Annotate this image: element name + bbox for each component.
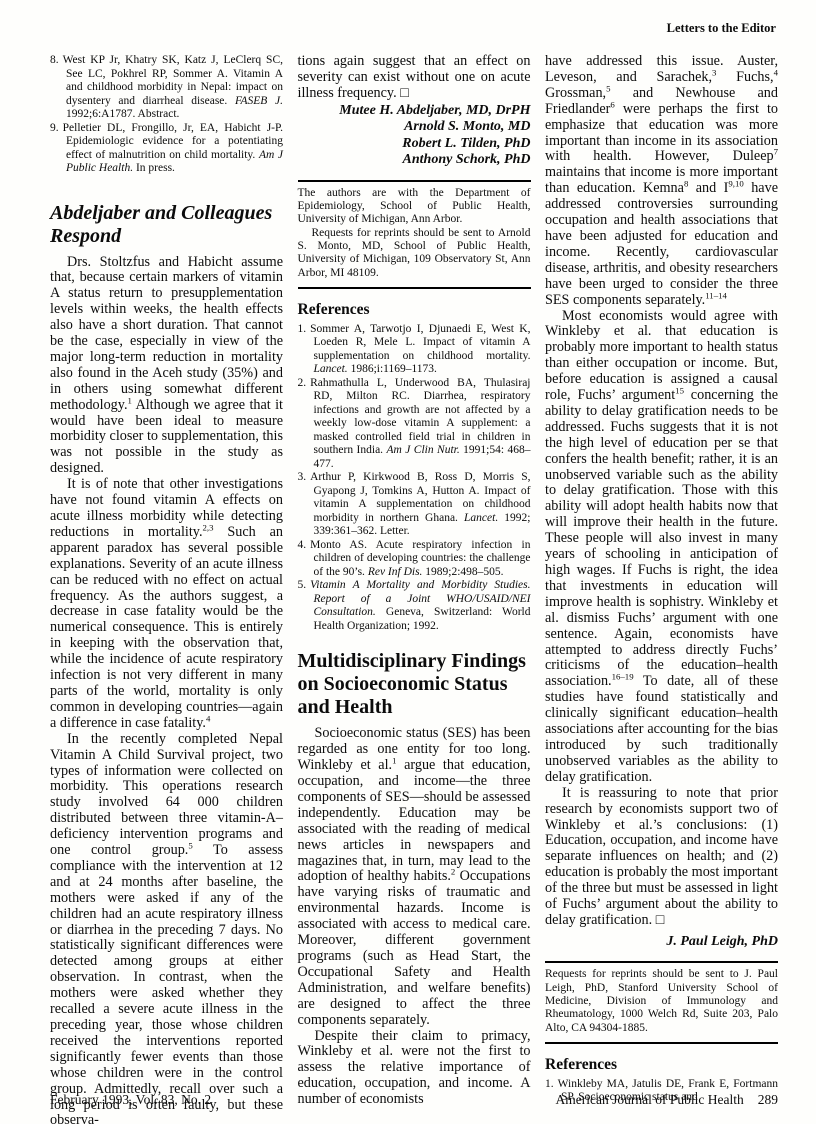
paragraph: have addressed this issue. Auster, Leves…: [545, 54, 778, 309]
signature-line: Mutee H. Abdeljaber, MD, DrPH: [298, 103, 531, 120]
letter1-title: Abdeljaber and Colleagues Respond: [50, 202, 283, 248]
reference-number: 9.: [50, 122, 63, 134]
paragraph: Drs. Stoltzfus and Habicht assume that, …: [50, 255, 283, 478]
reference-text: Rahmathulla L, Underwood BA, Thulasiraj …: [310, 377, 530, 470]
issue-info: February 1993, Vol. 83, No. 2: [50, 1092, 211, 1108]
paragraph: It is reassuring to note that prior rese…: [545, 786, 778, 929]
letter2-title: Multidisciplinary Findings on Socioecono…: [298, 650, 531, 719]
signature-line: Robert L. Tilden, PhD: [298, 136, 531, 153]
letter1-body: Drs. Stoltzfus and Habicht assume that, …: [50, 255, 283, 1124]
column-left: 8.West KP Jr, Khatry SK, Katz J, LeClerq…: [50, 54, 283, 1124]
reference-number: 8.: [50, 54, 63, 66]
carryover-reference-list: 8.West KP Jr, Khatry SK, Katz J, LeClerq…: [50, 54, 283, 176]
reference-number: 4.: [298, 539, 311, 551]
signature-line: J. Paul Leigh, PhD: [545, 934, 778, 951]
column-right: have addressed this issue. Auster, Leves…: [545, 54, 778, 1124]
reference-number: 3.: [298, 471, 311, 483]
reprint-request-text: Requests for reprints should be sent to …: [545, 968, 778, 1034]
author-affiliation-footnote: The authors are with the Department of E…: [298, 180, 531, 289]
reference-item: 3.Arthur P, Kirkwood B, Ross D, Morris S…: [298, 471, 531, 539]
reference-number: 2.: [298, 377, 311, 389]
journal-name: American Journal of Public Health: [556, 1092, 744, 1107]
page-columns: 8.West KP Jr, Khatry SK, Katz J, LeClerq…: [50, 54, 778, 1124]
paragraph: tions again suggest that an effect on se…: [298, 54, 531, 102]
reprint-request-text: Requests for reprints should be sent to …: [298, 227, 531, 280]
paragraph: Most economists would agree with Winkleb…: [545, 309, 778, 786]
journal-name-and-page: American Journal of Public Health289: [556, 1092, 778, 1108]
references-heading: References: [545, 1056, 778, 1074]
paragraph: Socioeconomic status (SES) has been rega…: [298, 726, 531, 1028]
reprint-request-footnote: Requests for reprints should be sent to …: [545, 961, 778, 1043]
page-number: 289: [758, 1092, 778, 1107]
references-heading: References: [298, 301, 531, 319]
signature-line: Anthony Schork, PhD: [298, 152, 531, 169]
reference-text: Monto AS. Acute respiratory infection in…: [310, 539, 530, 578]
reference-number: 5.: [298, 579, 311, 591]
reference-item: 8.West KP Jr, Khatry SK, Katz J, LeClerq…: [50, 54, 283, 122]
reference-item: 1.Sommer A, Tarwotjo I, Djunaedi E, West…: [298, 323, 531, 377]
reference-list: 1.Sommer A, Tarwotjo I, Djunaedi E, West…: [298, 323, 531, 634]
reference-item: 2.Rahmathulla L, Underwood BA, Thulasira…: [298, 377, 531, 472]
reference-text: West KP Jr, Khatry SK, Katz J, LeClerq S…: [63, 54, 283, 120]
letter2-body: Socioeconomic status (SES) has been rega…: [298, 726, 531, 1108]
reference-text: Arthur P, Kirkwood B, Ross D, Morris S, …: [310, 471, 530, 537]
running-head: Letters to the Editor: [667, 21, 776, 36]
reference-text: Sommer A, Tarwotjo I, Djunaedi E, West K…: [310, 323, 530, 376]
reference-text: Vitamin A Mortality and Morbidity Studie…: [310, 579, 530, 632]
page-footer: February 1993, Vol. 83, No. 2 American J…: [50, 1092, 778, 1108]
reference-item: 4.Monto AS. Acute respiratory infection …: [298, 539, 531, 580]
paragraph: It is of note that other investigations …: [50, 477, 283, 732]
affiliation-text: The authors are with the Department of E…: [298, 187, 531, 227]
reference-text: Pelletier DL, Frongillo, Jr, EA, Habicht…: [63, 122, 283, 175]
signature-block: Mutee H. Abdeljaber, MD, DrPH Arnold S. …: [298, 103, 531, 169]
paragraph: In the recently completed Nepal Vitamin …: [50, 732, 283, 1124]
reference-item: 9.Pelletier DL, Frongillo, Jr, EA, Habic…: [50, 122, 283, 176]
letter2-body-continued: have addressed this issue. Auster, Leves…: [545, 54, 778, 929]
reference-number: 1.: [298, 323, 311, 335]
signature-line: Arnold S. Monto, MD: [298, 119, 531, 136]
column-center: tions again suggest that an effect on se…: [298, 54, 531, 1124]
reference-number: 1.: [545, 1078, 558, 1090]
reference-item: 5.Vitamin A Mortality and Morbidity Stud…: [298, 579, 531, 633]
